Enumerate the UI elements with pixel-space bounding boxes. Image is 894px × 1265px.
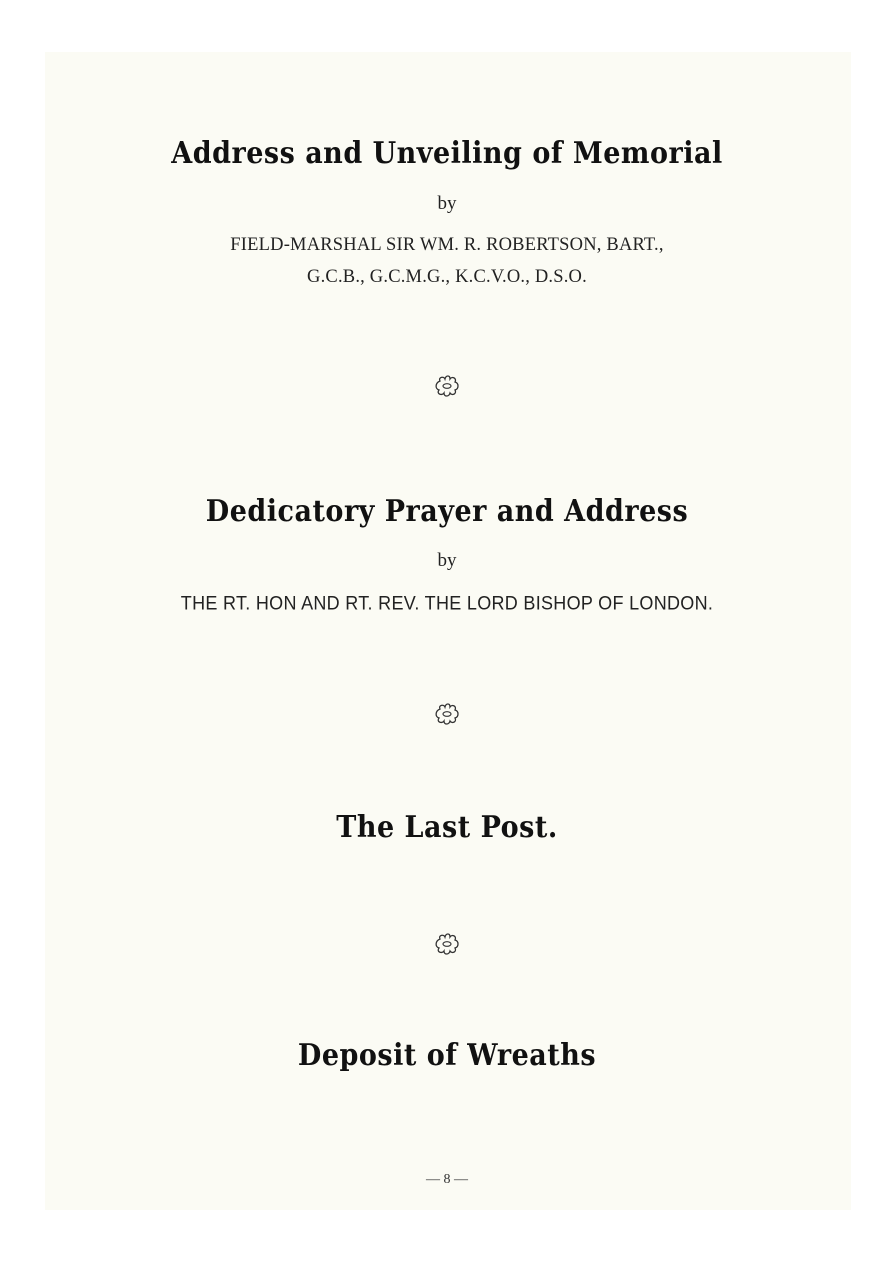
speaker-name-line-2: G.C.B., G.C.M.G., K.C.V.O., D.S.O. [0, 267, 894, 288]
section-heading-last-post: The Last Post. [0, 810, 894, 845]
floral-ornament-icon [0, 703, 894, 725]
speaker-name-line-1: FIELD-MARSHAL SIR WM. R. ROBERTSON, BART… [0, 235, 894, 256]
section-heading-dedicatory-prayer: Dedicatory Prayer and Address [0, 494, 894, 529]
section-heading-deposit-wreaths: Deposit of Wreaths [0, 1038, 894, 1073]
floral-ornament-icon [0, 933, 894, 955]
speaker-name-line-1: THE RT. HON AND RT. REV. THE LORD BISHOP… [0, 592, 894, 615]
floral-ornament-icon [0, 375, 894, 397]
page-number: — 8 — [0, 1172, 894, 1188]
by-label: by [0, 550, 894, 572]
section-heading-address-unveiling: Address and Unveiling of Memorial [0, 136, 894, 171]
page-sheet [45, 52, 851, 1210]
by-label: by [0, 193, 894, 215]
